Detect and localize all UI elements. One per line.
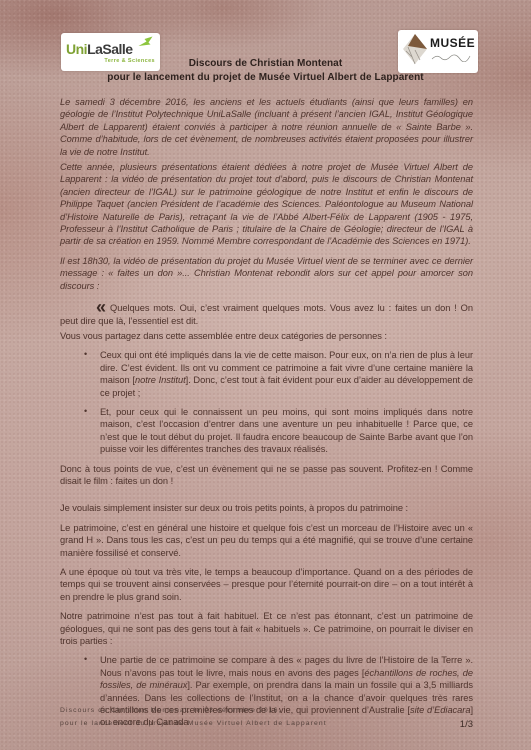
paragraph-patrimoine-histoire: Le patrimoine, c’est en général une hist… [60, 522, 473, 559]
footer-text: Discours de Christian Montenat, le 03 dé… [60, 704, 327, 730]
bullet-item-1: • Ceux qui ont été impliqués dans la vie… [84, 349, 473, 399]
quote-text: Quelques mots. Oui, c’est vraiment quelq… [60, 303, 473, 325]
bullet-icon: • [84, 349, 100, 399]
paragraph-intro-3: Il est 18h30, la vidéo de présentation d… [60, 255, 473, 292]
bullet-text-1: Ceux qui ont été impliqués dans la vie d… [100, 349, 473, 399]
quote-paragraph: «Quelques mots. Oui, c’est vraiment quel… [60, 301, 473, 327]
bullet-item-2: • Et, pour ceux qui le connaissent un pe… [84, 406, 473, 456]
paragraph-epoque: A une époque où tout va très vite, le te… [60, 566, 473, 603]
page-footer: Discours de Christian Montenat, le 03 dé… [60, 704, 473, 730]
bullet-text-2: Et, pour ceux qui le connaissent un peu … [100, 406, 473, 456]
title-line-2: pour le lancement du projet de Musée Vir… [0, 71, 531, 85]
paragraph-intro-1: Le samedi 3 décembre 2016, les anciens e… [60, 96, 473, 158]
opening-guillemet-icon: « [96, 297, 104, 317]
footer-line-2: pour le lancement du projet de Musée Vir… [60, 717, 327, 730]
paragraph-conclusion-event: Donc à tous points de vue, c’est un évèn… [60, 463, 473, 488]
paragraph-categories: Vous vous partagez dans cette assemblée … [60, 330, 473, 342]
paragraph-patrimoine-habituel: Notre patrimoine n’est pas tout à fait h… [60, 610, 473, 647]
document-title: Discours de Christian Montenat pour le l… [0, 0, 531, 85]
paragraph-intro-2: Cette année, plusieurs présentations éta… [60, 161, 473, 248]
footer-line-1: Discours de Christian Montenat, le 03 dé… [60, 704, 327, 717]
bullet-icon: • [84, 406, 100, 456]
document-body: Le samedi 3 décembre 2016, les anciens e… [60, 96, 473, 736]
paragraph-patrimoine-intro: Je voulais simplement insister sur deux … [60, 502, 473, 514]
page-number: 1/3 [460, 719, 473, 730]
title-line-1: Discours de Christian Montenat [0, 57, 531, 71]
document-page: UniLaSalle Terre & Sciences MUSÉE Discou… [0, 0, 531, 750]
